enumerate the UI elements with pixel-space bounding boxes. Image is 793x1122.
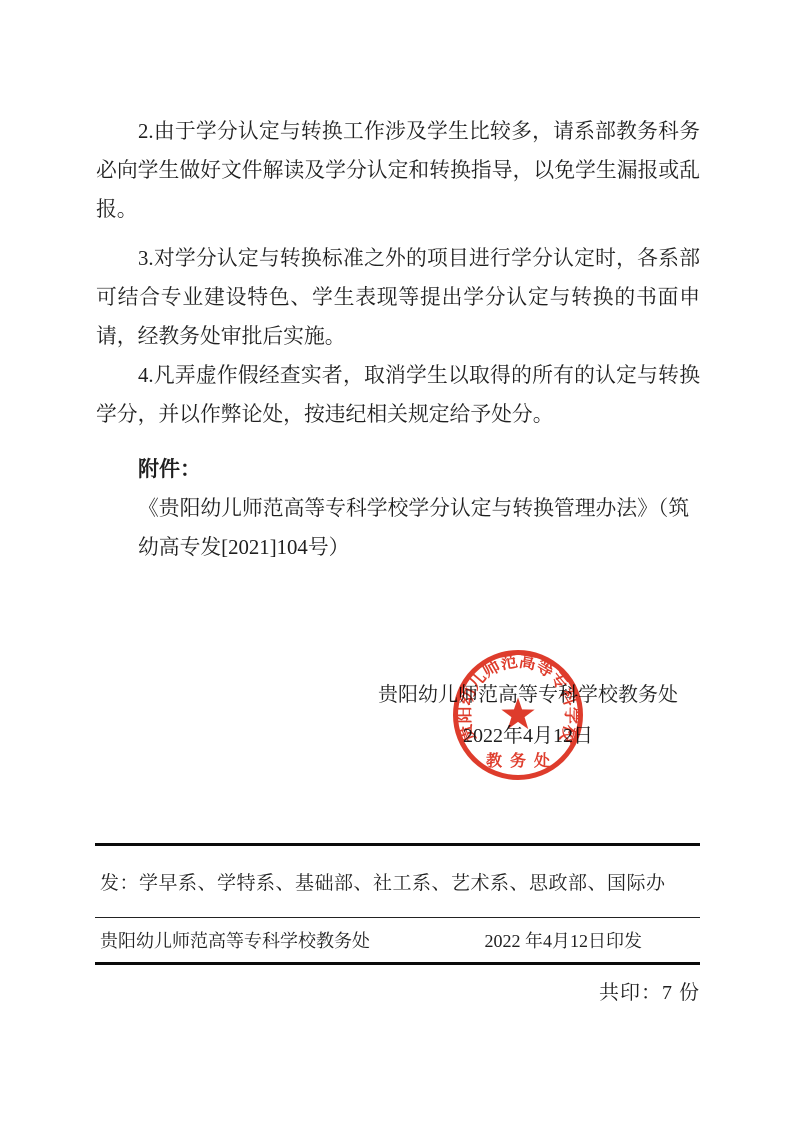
distribution-row: 发：学早系、学特系、基础部、社工系、艺术系、思政部、国际办 bbox=[95, 846, 700, 917]
attachment-line: 《贵阳幼儿师范高等专科学校学分认定与转换管理办法》（筑 bbox=[138, 489, 700, 528]
print-date-text: 2022 年4月12日印发 bbox=[485, 927, 643, 953]
svg-text:贵阳幼儿师范高等专科学校: 贵阳幼儿师范高等专科学校 bbox=[455, 651, 582, 747]
paragraph-4: 4.凡弄虚作假经查实者，取消学生以取得的所有的认定与转换学分，并以作弊论处，按违… bbox=[96, 356, 700, 434]
footer-block: 发：学早系、学特系、基础部、社工系、艺术系、思政部、国际办 贵阳幼儿师范高等专科… bbox=[95, 843, 700, 1005]
attachment-line: 幼高专发[2021]104号） bbox=[138, 528, 700, 567]
official-seal: 贵阳幼儿师范高等专科学校 教务处 bbox=[448, 645, 588, 785]
print-row: 贵阳幼儿师范高等专科学校教务处 2022 年4月12日印发 bbox=[95, 918, 700, 962]
paragraph-3: 3.对学分认定与转换标准之外的项目进行学分认定时，各系部可结合专业建设特色、学生… bbox=[96, 239, 700, 356]
seal-star-icon bbox=[501, 698, 534, 730]
distribution-text: 发：学早系、学特系、基础部、社工系、艺术系、思政部、国际办 bbox=[100, 868, 666, 895]
seal-ring-text: 贵阳幼儿师范高等专科学校 bbox=[455, 651, 582, 747]
issuer-text: 贵阳幼儿师范高等专科学校教务处 bbox=[100, 927, 370, 953]
attachment-label: 附件： bbox=[96, 450, 700, 489]
paragraph-2: 2.由于学分认定与转换工作涉及学生比较多，请系部教务科务必向学生做好文件解读及学… bbox=[96, 112, 700, 229]
footer-rule-bottom bbox=[95, 962, 700, 965]
attachment-text: 《贵阳幼儿师范高等专科学校学分认定与转换管理办法》（筑 幼高专发[2021]10… bbox=[96, 489, 700, 567]
document-body: 2.由于学分认定与转换工作涉及学生比较多，请系部教务科务必向学生做好文件解读及学… bbox=[96, 112, 700, 567]
seal-department: 教务处 bbox=[486, 751, 558, 770]
copies-row: 共印：7 份 bbox=[95, 976, 700, 1005]
document-page: 2.由于学分认定与转换工作涉及学生比较多，请系部教务科务必向学生做好文件解读及学… bbox=[0, 0, 793, 1122]
copies-text: 共印：7 份 bbox=[599, 982, 700, 1004]
